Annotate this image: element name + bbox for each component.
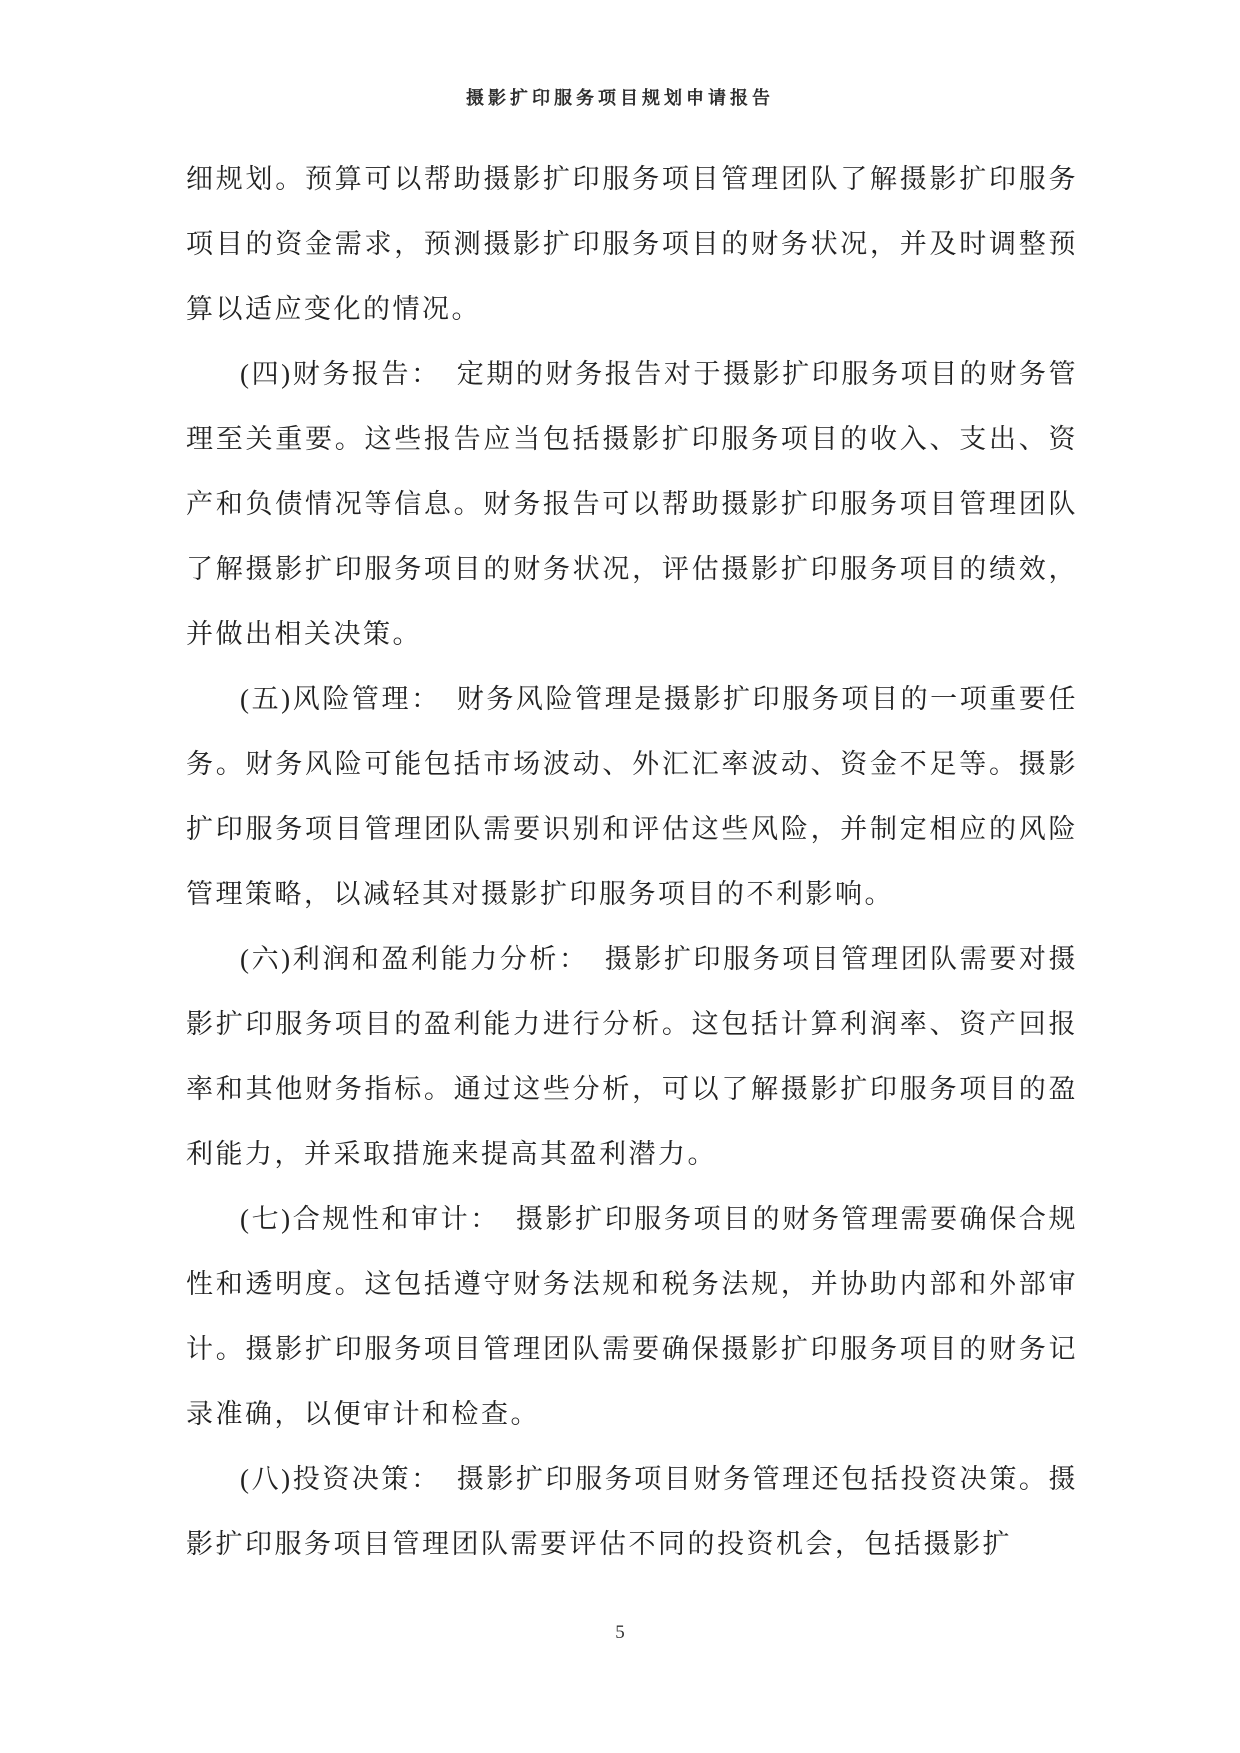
document-page: 摄影扩印服务项目规划申请报告 细规划。预算可以帮助摄影扩印服务项目管理团队了解摄… <box>0 0 1240 1753</box>
paragraph: (七)合规性和审计： 摄影扩印服务项目的财务管理需要确保合规性和透明度。这包括遵… <box>186 1187 1078 1447</box>
paragraph: (四)财务报告： 定期的财务报告对于摄影扩印服务项目的财务管理至关重要。这些报告… <box>186 342 1078 667</box>
document-body: 细规划。预算可以帮助摄影扩印服务项目管理团队了解摄影扩印服务项目的资金需求，预测… <box>186 147 1078 1577</box>
page-number: 5 <box>0 1622 1240 1644</box>
paragraph: (八)投资决策： 摄影扩印服务项目财务管理还包括投资决策。摄影扩印服务项目管理团… <box>186 1447 1078 1577</box>
document-title: 摄影扩印服务项目规划申请报告 <box>0 84 1240 110</box>
paragraph: 细规划。预算可以帮助摄影扩印服务项目管理团队了解摄影扩印服务项目的资金需求，预测… <box>186 147 1078 342</box>
paragraph: (六)利润和盈利能力分析： 摄影扩印服务项目管理团队需要对摄影扩印服务项目的盈利… <box>186 927 1078 1187</box>
paragraph: (五)风险管理： 财务风险管理是摄影扩印服务项目的一项重要任务。财务风险可能包括… <box>186 667 1078 927</box>
